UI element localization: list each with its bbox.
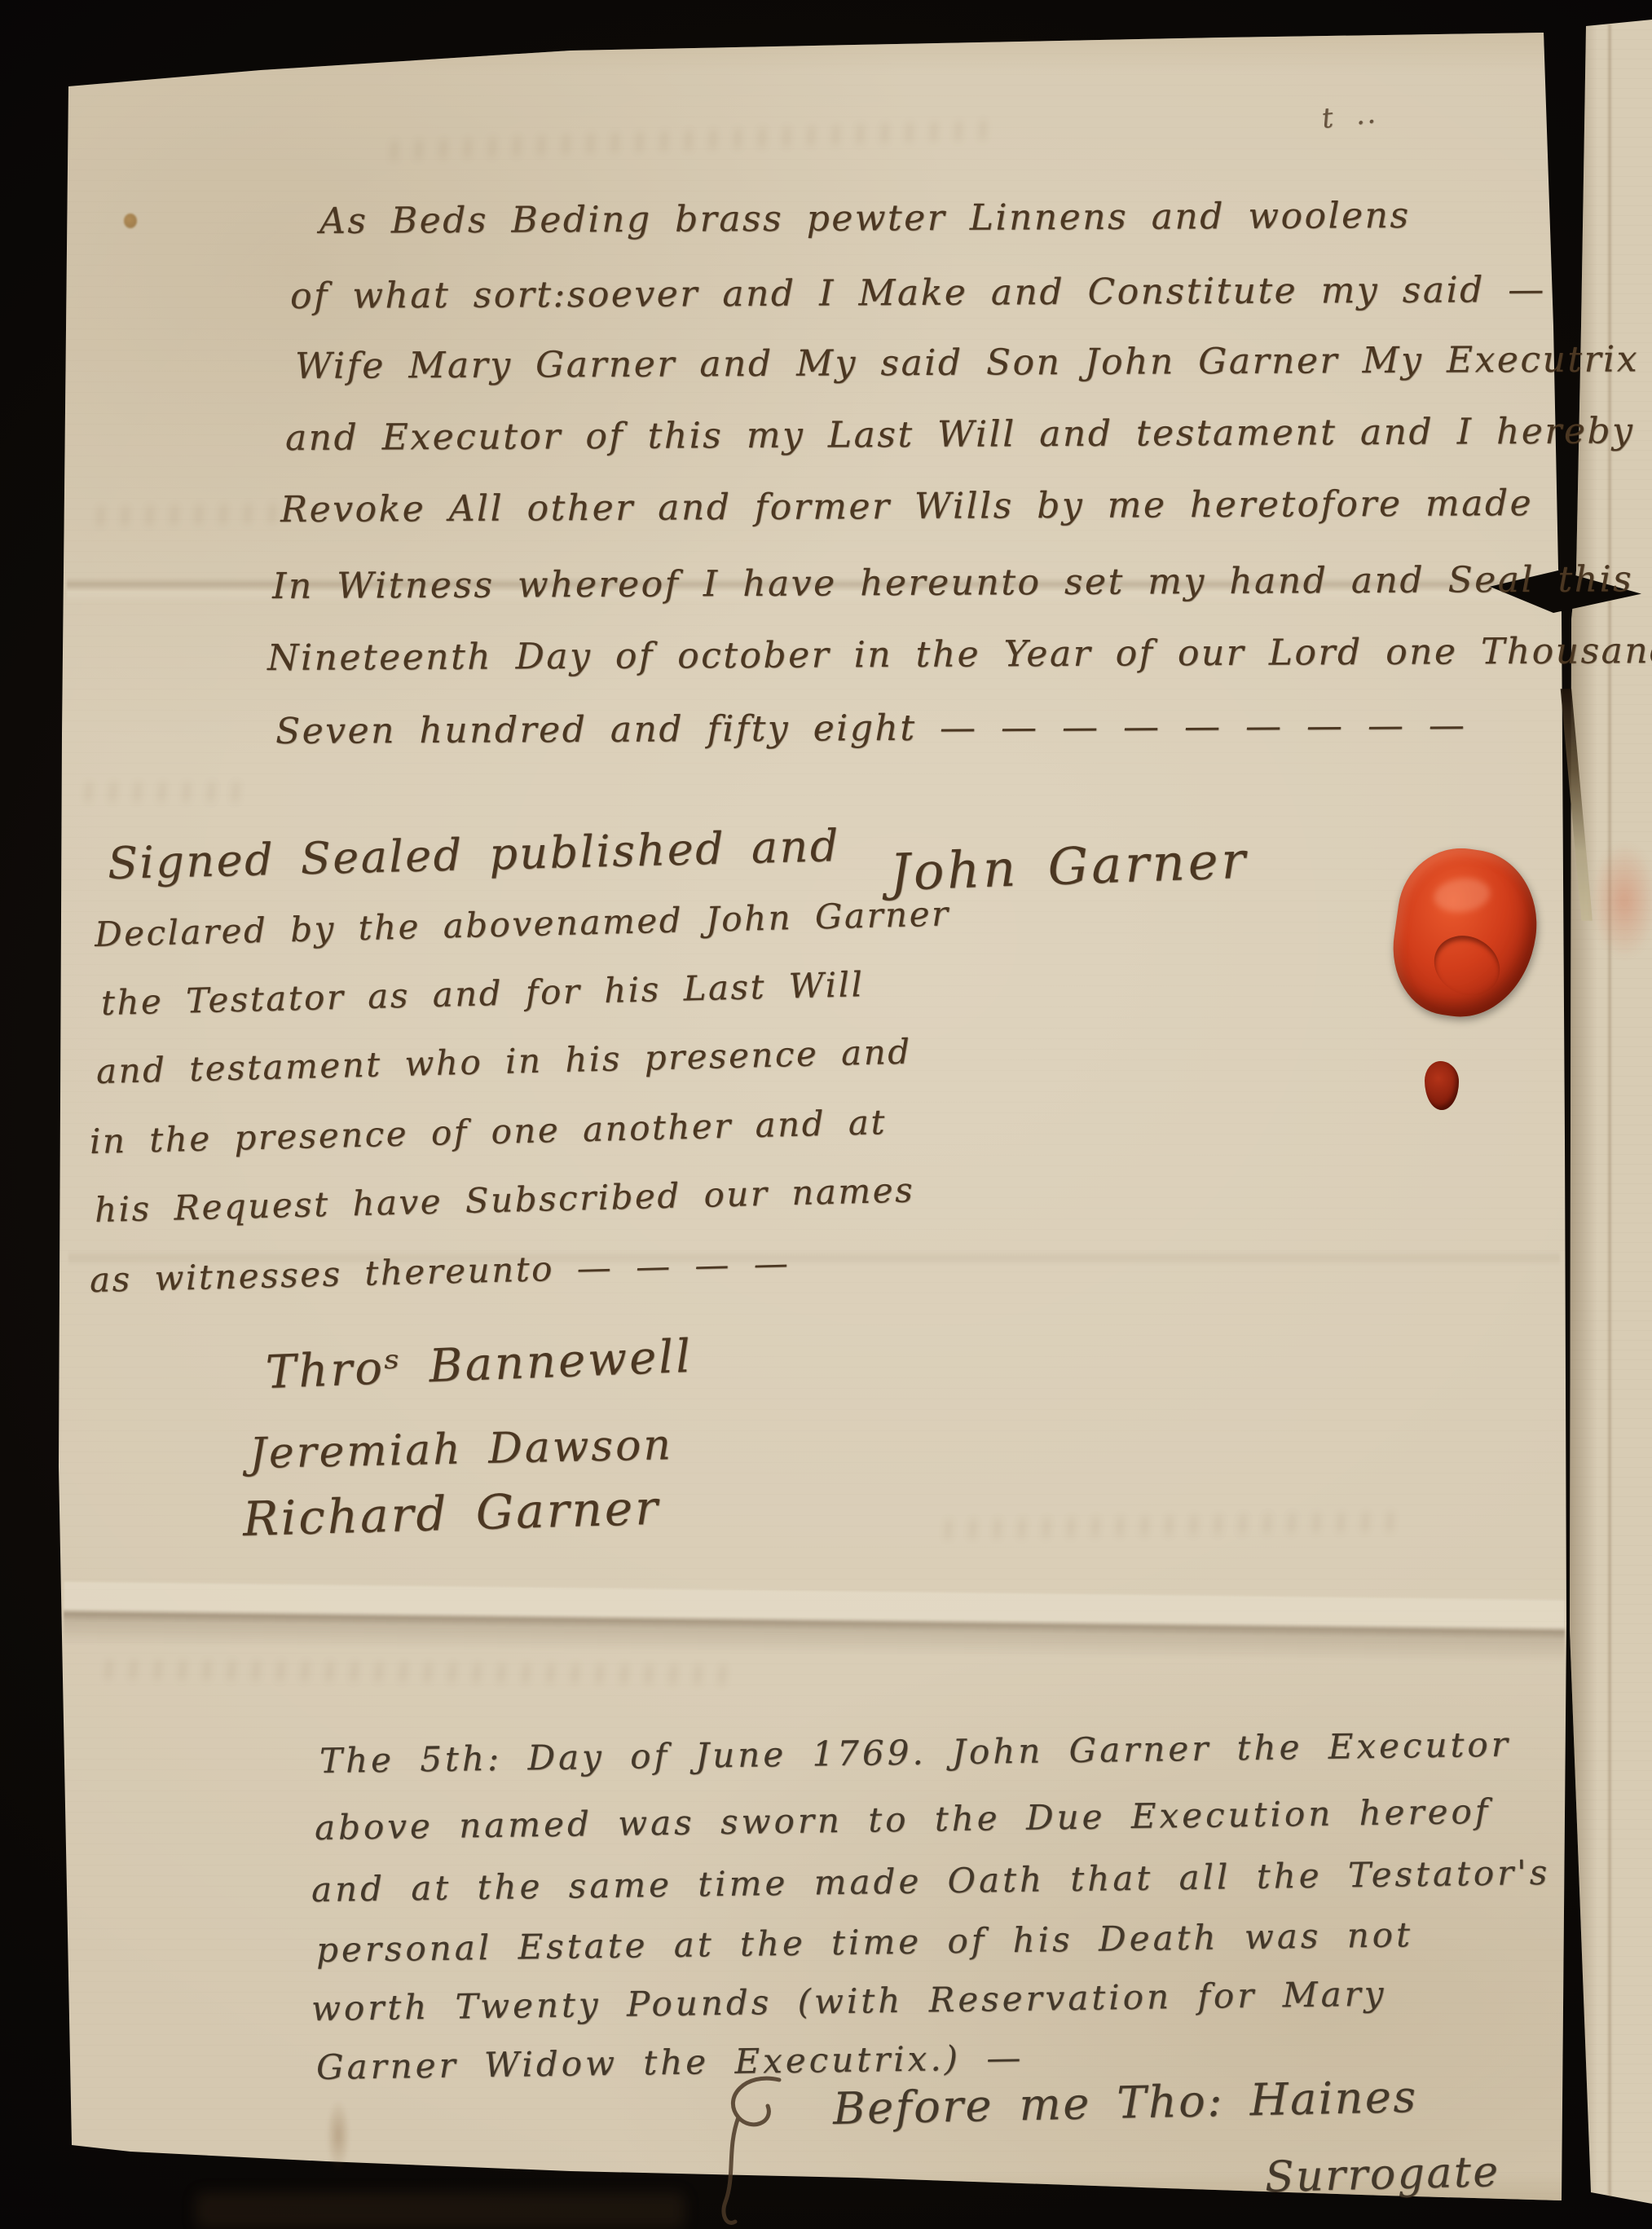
will-body-line: Seven hundred and fifty eight — — — — — …	[275, 704, 1467, 752]
photo-background: t .. As Beds Beding brass pewter Linnens…	[0, 0, 1652, 2229]
witness-signature: Richard Garner	[242, 1480, 661, 1547]
testator-signature: John Garner	[889, 830, 1249, 902]
will-body-line: Revoke All other and former Wills by me …	[280, 482, 1533, 531]
will-body-line: of what sort:soever and I Make and Const…	[290, 269, 1546, 317]
ink-stain	[124, 214, 137, 228]
ink-bleedthrough	[90, 504, 277, 526]
ink-bleedthrough	[77, 782, 240, 802]
witness-signature: Jeremiah Dawson	[249, 1421, 673, 1478]
clerk-paraph-flourish	[711, 2070, 808, 2229]
will-body-line: Wife Mary Garner and My said Son John Ga…	[295, 338, 1639, 387]
will-body-line: Nineteenth Day of october in the Year of…	[267, 630, 1652, 679]
will-body-line: In Witness whereof I have hereunto set m…	[272, 558, 1633, 607]
clerk-tick-mark: t ..	[1320, 97, 1379, 135]
will-body-line: As Beds Beding brass pewter Linnens and …	[319, 195, 1411, 242]
will-body-line: and Executor of this my Last Will and te…	[285, 410, 1635, 459]
background-shadow	[196, 2192, 685, 2229]
probate-officer-title: Surrogate	[1264, 2148, 1500, 2202]
edge-stain	[319, 2090, 357, 2180]
